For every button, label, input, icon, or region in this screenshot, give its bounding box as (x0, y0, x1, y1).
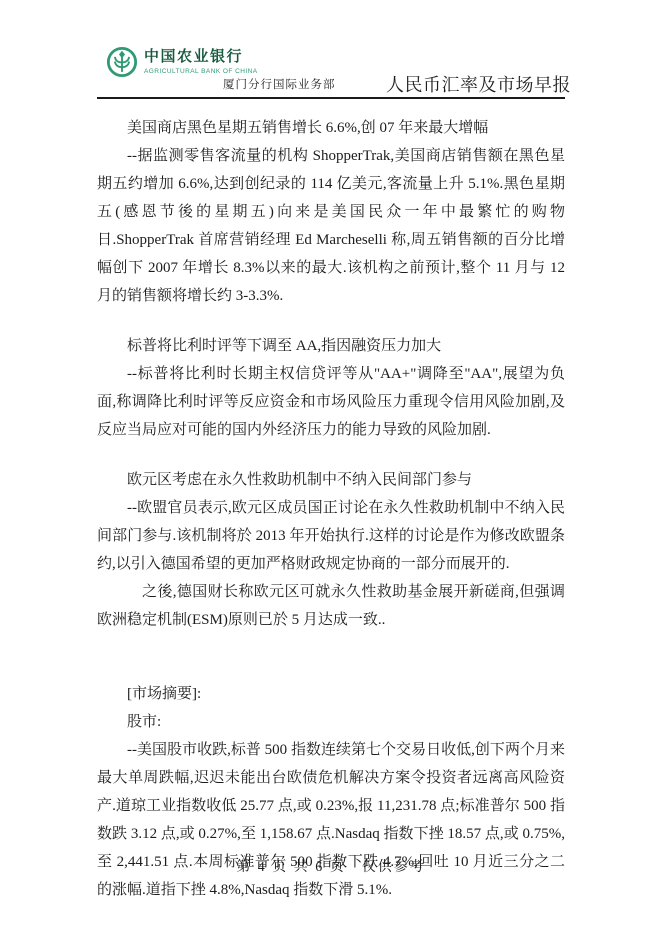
section-gap (97, 444, 565, 466)
page-footer: 第 4 页 共 6 页 仅供参考 (0, 856, 662, 876)
section-3-paragraph-1: --欧盟官员表示,欧元区成员国正讨论在永久性救助机制中不纳入民间部门参与.该机制… (97, 494, 565, 578)
bank-name-cn: 中国农业银行 (144, 49, 258, 66)
section-gap (97, 310, 565, 332)
bank-name-en: AGRICULTURAL BANK OF CHINA (144, 68, 258, 75)
bank-logo-text: 中国农业银行 AGRICULTURAL BANK OF CHINA (144, 46, 258, 75)
section-gap-large (97, 634, 565, 680)
header-divider (97, 97, 565, 99)
report-title: 人民币汇率及市场早报 (386, 71, 571, 97)
section-3-title: 欧元区考虑在永久性救助机制中不纳入民间部门参与 (97, 466, 565, 494)
department-name: 厦门分行国际业务部 (223, 76, 336, 92)
market-summary-title: [市场摘要]: (97, 680, 565, 708)
stock-market-paragraph: --美国股市收跌,标普 500 指数连续第七个交易日收低,创下两个月来最大单周跌… (97, 736, 565, 904)
section-1-paragraph: --据监测零售客流量的机构 ShopperTrak,美国商店销售额在黑色星期五约… (97, 142, 565, 310)
section-3-paragraph-2: 之後,德国财长称欧元区可就永久性救助基金展开新磋商,但强调欧洲稳定机制(ESM)… (97, 578, 565, 634)
page-number: 第 4 页 共 6 页 仅供参考 (236, 860, 426, 875)
document-body: 美国商店黑色星期五销售增长 6.6%,创 07 年来最大增幅 --据监测零售客流… (97, 114, 565, 904)
abc-bank-logo-icon (106, 46, 138, 78)
bank-logo: 中国农业银行 AGRICULTURAL BANK OF CHINA (106, 46, 258, 78)
section-1-title: 美国商店黑色星期五销售增长 6.6%,创 07 年来最大增幅 (97, 114, 565, 142)
section-2-title: 标普将比利时评等下调至 AA,指因融资压力加大 (97, 332, 565, 360)
stock-market-subtitle: 股市: (97, 708, 565, 736)
document-page: 中国农业银行 AGRICULTURAL BANK OF CHINA 厦门分行国际… (0, 0, 662, 936)
section-2-paragraph: --标普将比利时长期主权信贷评等从"AA+"调降至"AA",展望为负面,称调降比… (97, 360, 565, 444)
